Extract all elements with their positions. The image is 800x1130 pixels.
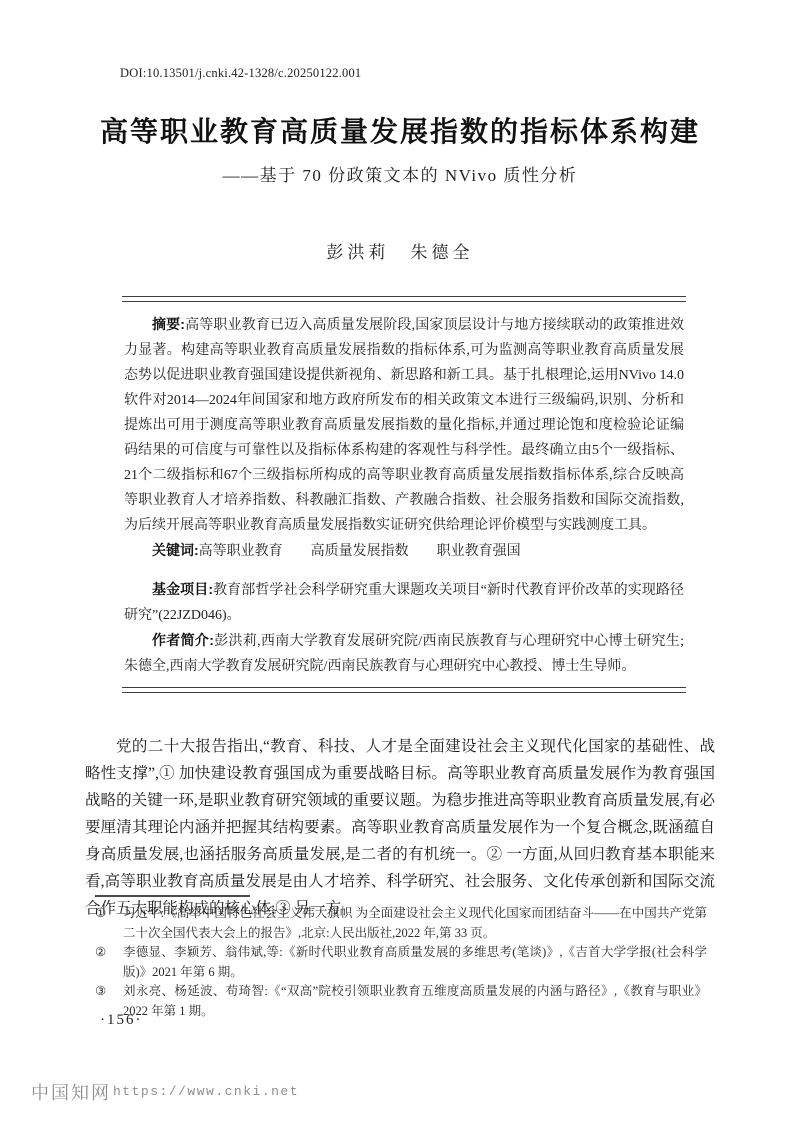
page-number: ·156· xyxy=(100,1012,143,1029)
footnote-marker: ③ xyxy=(95,982,123,1002)
footnote-list: ① 习近平:《高举中国特色社会主义伟大旗帜 为全面建设社会主义现代化国家而团结奋… xyxy=(95,904,707,1021)
cnki-watermark-url: https://www.cnki.net xyxy=(113,1084,299,1099)
abstract-content: 摘要:高等职业教育已迈入高质量发展阶段,国家顶层设计与地方接续联动的政策推进效力… xyxy=(122,302,686,687)
keywords-line: 关键词:高等职业教育 高质量发展指数 职业教育强国 xyxy=(124,538,684,564)
footnote-text: 习近平:《高举中国特色社会主义伟大旗帜 为全面建设社会主义现代化国家而团结奋斗—… xyxy=(123,904,707,943)
bottom-rule xyxy=(122,687,686,693)
main-body: 党的二十大报告指出,“教育、科技、人才是全面建设社会主义现代化国家的基础性、战略… xyxy=(85,733,715,922)
body-paragraph: 党的二十大报告指出,“教育、科技、人才是全面建设社会主义现代化国家的基础性、战略… xyxy=(85,733,715,922)
footnote-item: ② 李德显、李颖芳、翁伟斌,等:《新时代职业教育高质量发展的多维思考(笔谈)》,… xyxy=(95,943,707,982)
keywords-label: 关键词: xyxy=(152,542,199,558)
authors-line: 彭洪莉 朱德全 xyxy=(0,238,800,263)
keywords-text: 高等职业教育 高质量发展指数 职业教育强国 xyxy=(199,544,521,559)
abstract-section: 摘要:高等职业教育已迈入高质量发展阶段,国家顶层设计与地方接续联动的政策推进效力… xyxy=(122,296,686,693)
footnote-marker: ② xyxy=(95,943,123,963)
cnki-watermark-brand: 中国知网 xyxy=(31,1079,111,1105)
fund-label: 基金项目: xyxy=(152,581,213,597)
footnote-divider xyxy=(95,895,250,897)
abstract-text: 高等职业教育已迈入高质量发展阶段,国家顶层设计与地方接续联动的政策推进效力显著。… xyxy=(124,318,684,533)
footnote-text: 刘永亮、杨延波、苟琦智:《“双高”院校引领职业教育五维度高质量发展的内涵与路径》… xyxy=(123,982,707,1021)
paper-title: 高等职业教育高质量发展指数的指标体系构建 xyxy=(0,110,800,150)
fund-line: 基金项目:教育部哲学社会科学研究重大课题攻关项目“新时代教育评价改革的实现路径研… xyxy=(124,577,684,628)
bio-label: 作者简介: xyxy=(152,632,214,648)
paper-subtitle: ——基于 70 份政策文本的 NVivo 质性分析 xyxy=(0,161,800,186)
doi-text: DOI:10.13501/j.cnki.42-1328/c.20250122.0… xyxy=(120,66,361,81)
abstract-paragraph: 摘要:高等职业教育已迈入高质量发展阶段,国家顶层设计与地方接续联动的政策推进效力… xyxy=(124,312,684,538)
footnote-item: ③ 刘永亮、杨延波、苟琦智:《“双高”院校引领职业教育五维度高质量发展的内涵与路… xyxy=(95,982,707,1021)
bio-line: 作者简介:彭洪莉,西南大学教育发展研究院/西南民族教育与心理研究中心博士研究生;… xyxy=(124,628,684,679)
footnote-text: 李德显、李颖芳、翁伟斌,等:《新时代职业教育高质量发展的多维思考(笔谈)》,《吉… xyxy=(123,943,707,982)
footnote-marker: ① xyxy=(95,904,123,924)
abstract-label: 摘要: xyxy=(152,316,185,332)
footnote-item: ① 习近平:《高举中国特色社会主义伟大旗帜 为全面建设社会主义现代化国家而团结奋… xyxy=(95,904,707,943)
paper-page: DOI:10.13501/j.cnki.42-1328/c.20250122.0… xyxy=(0,0,800,1130)
